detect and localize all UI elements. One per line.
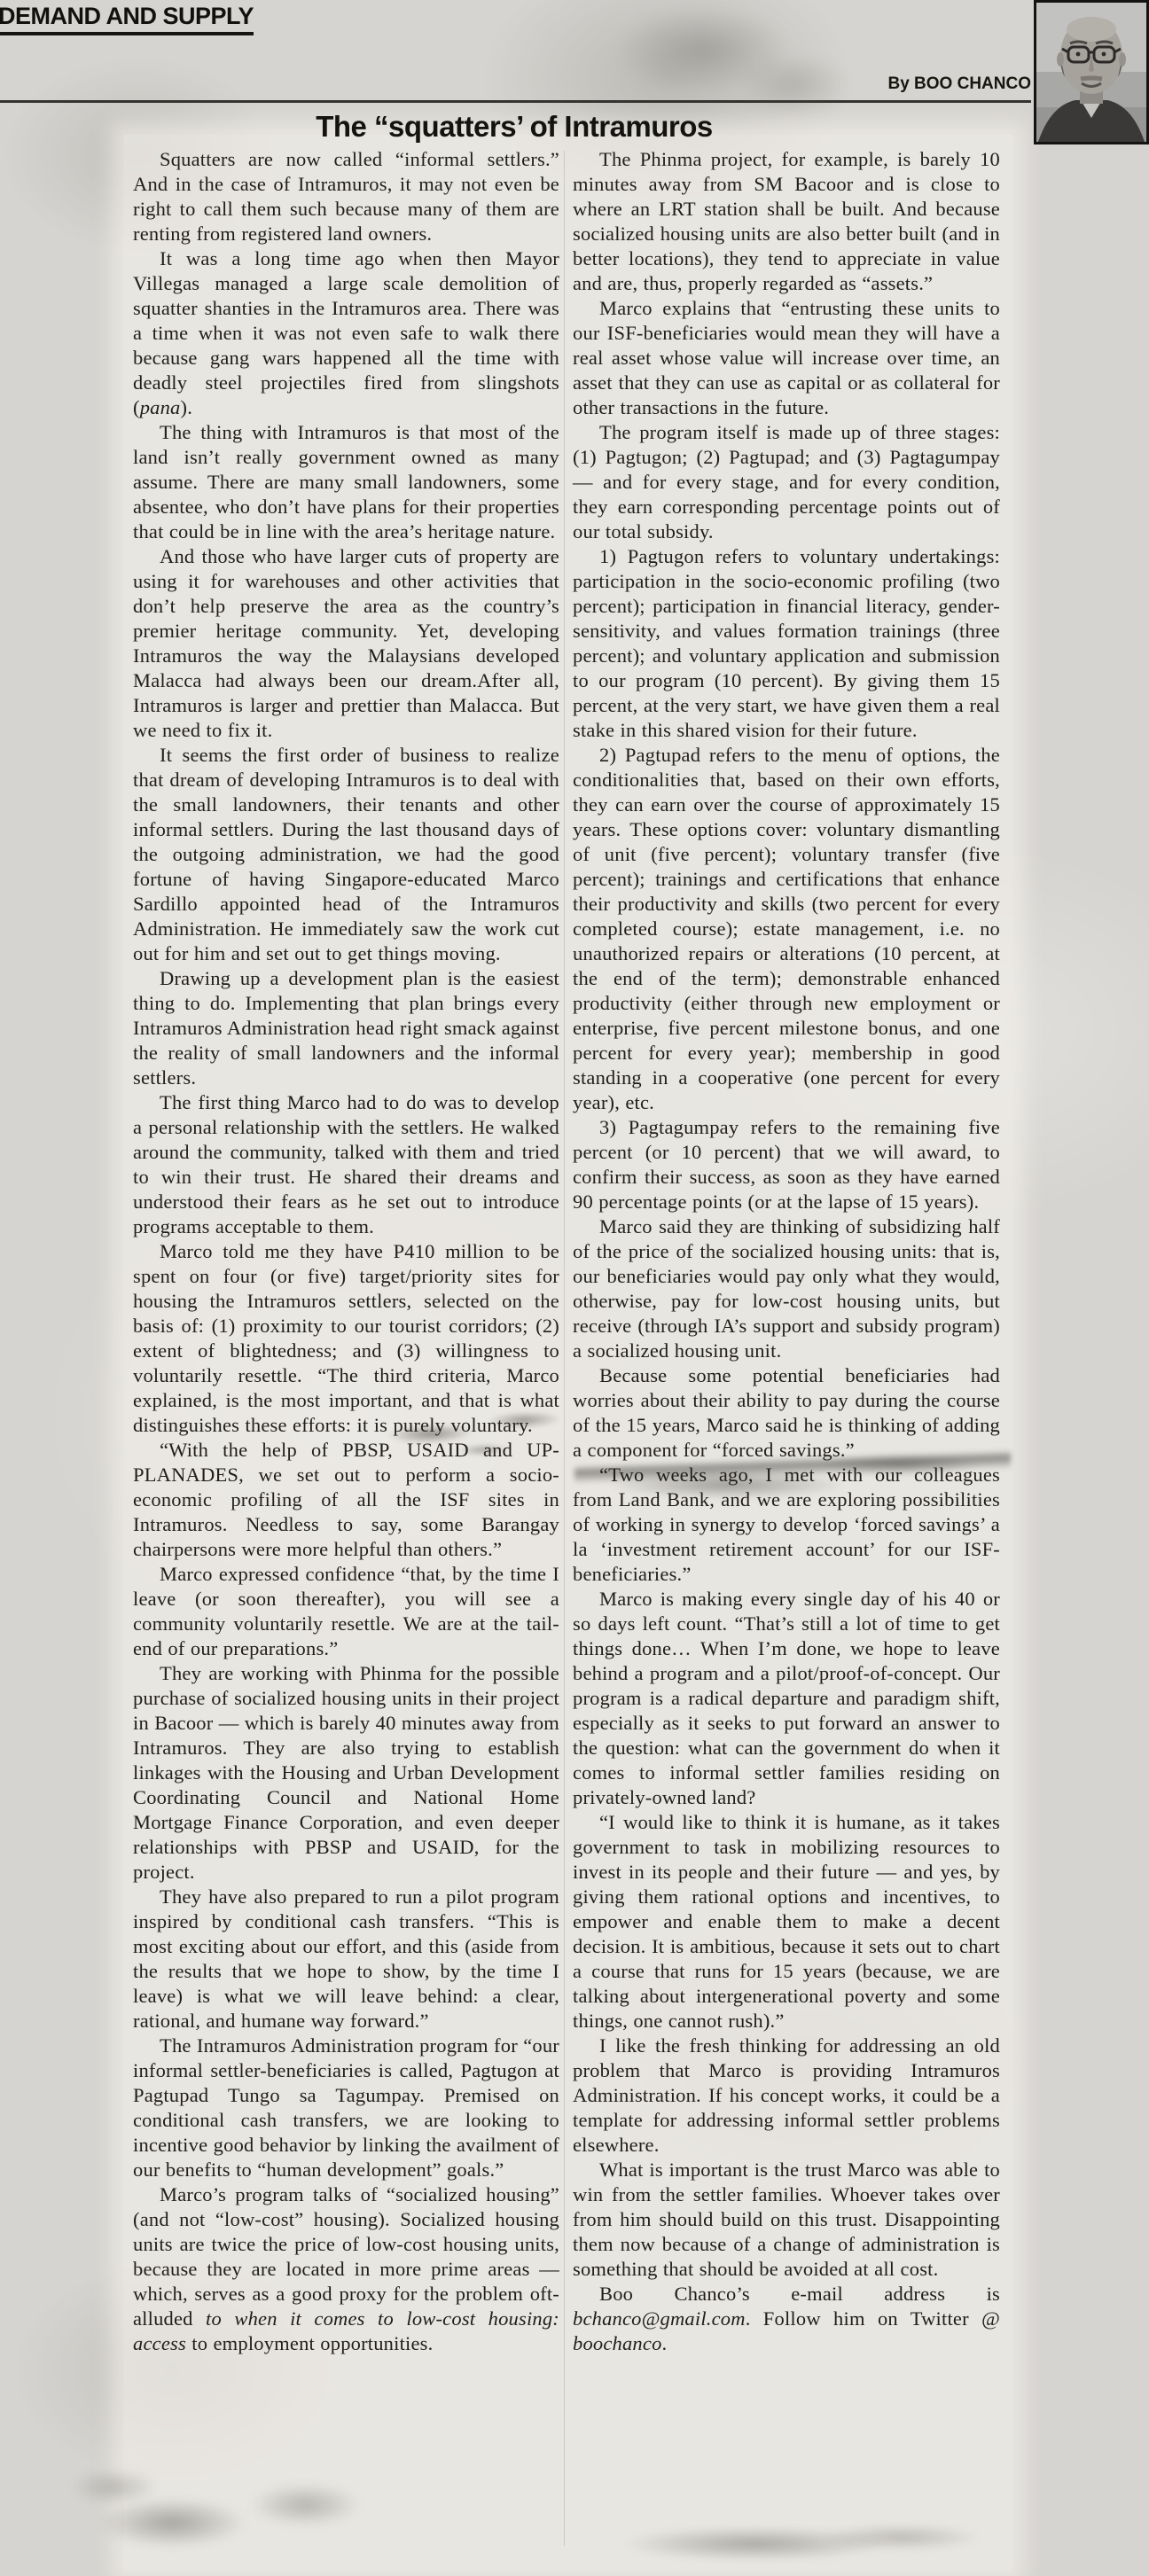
- article-paragraph: And those who have larger cuts of proper…: [133, 544, 559, 743]
- article-paragraph: Marco’s program talks of “socialized hou…: [133, 2182, 559, 2356]
- text-run: The thing with Intramuros is that most o…: [133, 421, 559, 543]
- text-run: The first thing Marco had to do was to d…: [133, 1091, 559, 1237]
- article-paragraph: The thing with Intramuros is that most o…: [133, 420, 559, 544]
- italic-text: boochanco: [573, 2332, 662, 2354]
- article-paragraph: 2) Pagtupad refers to the menu of option…: [573, 743, 1000, 1115]
- text-run: It seems the first order of business to …: [133, 744, 559, 964]
- text-run: 2) Pagtupad refers to the menu of option…: [573, 744, 1000, 1113]
- article-paragraph: They have also prepared to run a pilot p…: [133, 1885, 559, 2033]
- article-paragraph: Marco said they are thinking of subsidiz…: [573, 1214, 1000, 1363]
- article-paragraph: Drawing up a development plan is the eas…: [133, 966, 559, 1090]
- article-paragraph: “With the help of PBSP, USAID and UP-PLA…: [133, 1438, 559, 1562]
- headline: The “squatters’ of Intramuros: [301, 110, 727, 144]
- text-run: 3) Pagtagumpay refers to the remaining f…: [573, 1116, 1000, 1213]
- article-paragraph: The program itself is made up of three s…: [573, 420, 1000, 544]
- article-paragraph: It was a long time ago when then Mayor V…: [133, 246, 559, 420]
- text-run: 1) Pagtugon refers to voluntary undertak…: [573, 545, 1000, 741]
- article-paragraph: I like the fresh thinking for addressing…: [573, 2033, 1000, 2158]
- text-run: “Two weeks ago, I met with our colleague…: [573, 1464, 1000, 1585]
- article-paragraph: “I would like to think it is humane, as …: [573, 1810, 1000, 2033]
- text-run: Marco said they are thinking of subsidiz…: [573, 1215, 1000, 1362]
- text-run: The program itself is made up of three s…: [573, 421, 1000, 543]
- article-paragraph: What is important is the trust Marco was…: [573, 2158, 1000, 2282]
- article-paragraph: Marco told me they have P410 million to …: [133, 1239, 559, 1438]
- text-run: The Phinma project, for example, is bare…: [573, 148, 1000, 294]
- text-run: And those who have larger cuts of proper…: [133, 545, 559, 741]
- newspaper-page: { "masthead": { "title": "DEMAND AND SUP…: [0, 0, 1149, 2576]
- article-paragraph: Boo Chanco’s e-mail address is bchanco@g…: [573, 2282, 1000, 2356]
- text-run: to employment opportunities.: [186, 2332, 434, 2354]
- article-paragraph: 3) Pagtagumpay refers to the remaining f…: [573, 1115, 1000, 1214]
- text-run: Drawing up a development plan is the eas…: [133, 967, 559, 1089]
- text-run: They are working with Phinma for the pos…: [133, 1662, 559, 1883]
- text-run: Marco told me they have P410 million to …: [133, 1240, 559, 1436]
- text-run: “With the help of PBSP, USAID and UP-PLA…: [133, 1439, 559, 1560]
- text-run: The Intramuros Administration program fo…: [133, 2034, 559, 2181]
- text-run: Because some potential beneficiaries had…: [573, 1364, 1000, 1461]
- article-paragraph: 1) Pagtugon refers to voluntary undertak…: [573, 544, 1000, 743]
- article-paragraph: The first thing Marco had to do was to d…: [133, 1090, 559, 1239]
- text-run: Marco is making every single day of his …: [573, 1588, 1000, 1808]
- text-run: It was a long time ago when then Mayor V…: [133, 247, 559, 418]
- article-paragraph: The Phinma project, for example, is bare…: [573, 147, 1000, 296]
- article-paragraph: Marco is making every single day of his …: [573, 1587, 1000, 1810]
- article-paragraph: The Intramuros Administration program fo…: [133, 2033, 559, 2182]
- header-rule: [0, 100, 1031, 103]
- text-run: What is important is the trust Marco was…: [573, 2158, 1000, 2280]
- article-paragraph: Because some potential beneficiaries had…: [573, 1363, 1000, 1463]
- text-run: Squatters are now called “informal settl…: [133, 148, 559, 245]
- portrait-icon: [1036, 3, 1146, 142]
- article-paragraph: Marco explains that “entrusting these un…: [573, 296, 1000, 420]
- byline: By BOO CHANCO: [0, 74, 1031, 94]
- text-run: ).: [181, 396, 193, 418]
- text-run: .: [662, 2332, 668, 2354]
- text-run: They have also prepared to run a pilot p…: [133, 1885, 559, 2032]
- column-rule: [564, 151, 565, 2546]
- article-paragraph: Squatters are now called “informal settl…: [133, 147, 559, 246]
- article-paragraph: “Two weeks ago, I met with our colleague…: [573, 1463, 1000, 1587]
- article-column-right: The Phinma project, for example, is bare…: [573, 147, 1000, 2356]
- article-paragraph: It seems the first order of business to …: [133, 743, 559, 966]
- text-run: Marco expressed confidence “that, by the…: [133, 1563, 559, 1659]
- text-run: Boo Chanco’s e-mail address is: [599, 2283, 1000, 2305]
- text-run: I like the fresh thinking for addressing…: [573, 2034, 1000, 2156]
- text-run: “I would like to think it is humane, as …: [573, 1811, 1000, 2032]
- author-photo: [1034, 0, 1149, 144]
- italic-text: bchanco@gmail.com: [573, 2307, 746, 2330]
- article-paragraph: Marco expressed confidence “that, by the…: [133, 1562, 559, 1661]
- masthead-title: DEMAND AND SUPPLY: [0, 3, 254, 35]
- article-column-left: Squatters are now called “informal settl…: [133, 147, 559, 2356]
- text-run: . Follow him on Twitter @: [746, 2307, 1000, 2330]
- italic-text: pana: [140, 396, 181, 418]
- article-paragraph: They are working with Phinma for the pos…: [133, 1661, 559, 1885]
- text-run: Marco explains that “entrusting these un…: [573, 297, 1000, 418]
